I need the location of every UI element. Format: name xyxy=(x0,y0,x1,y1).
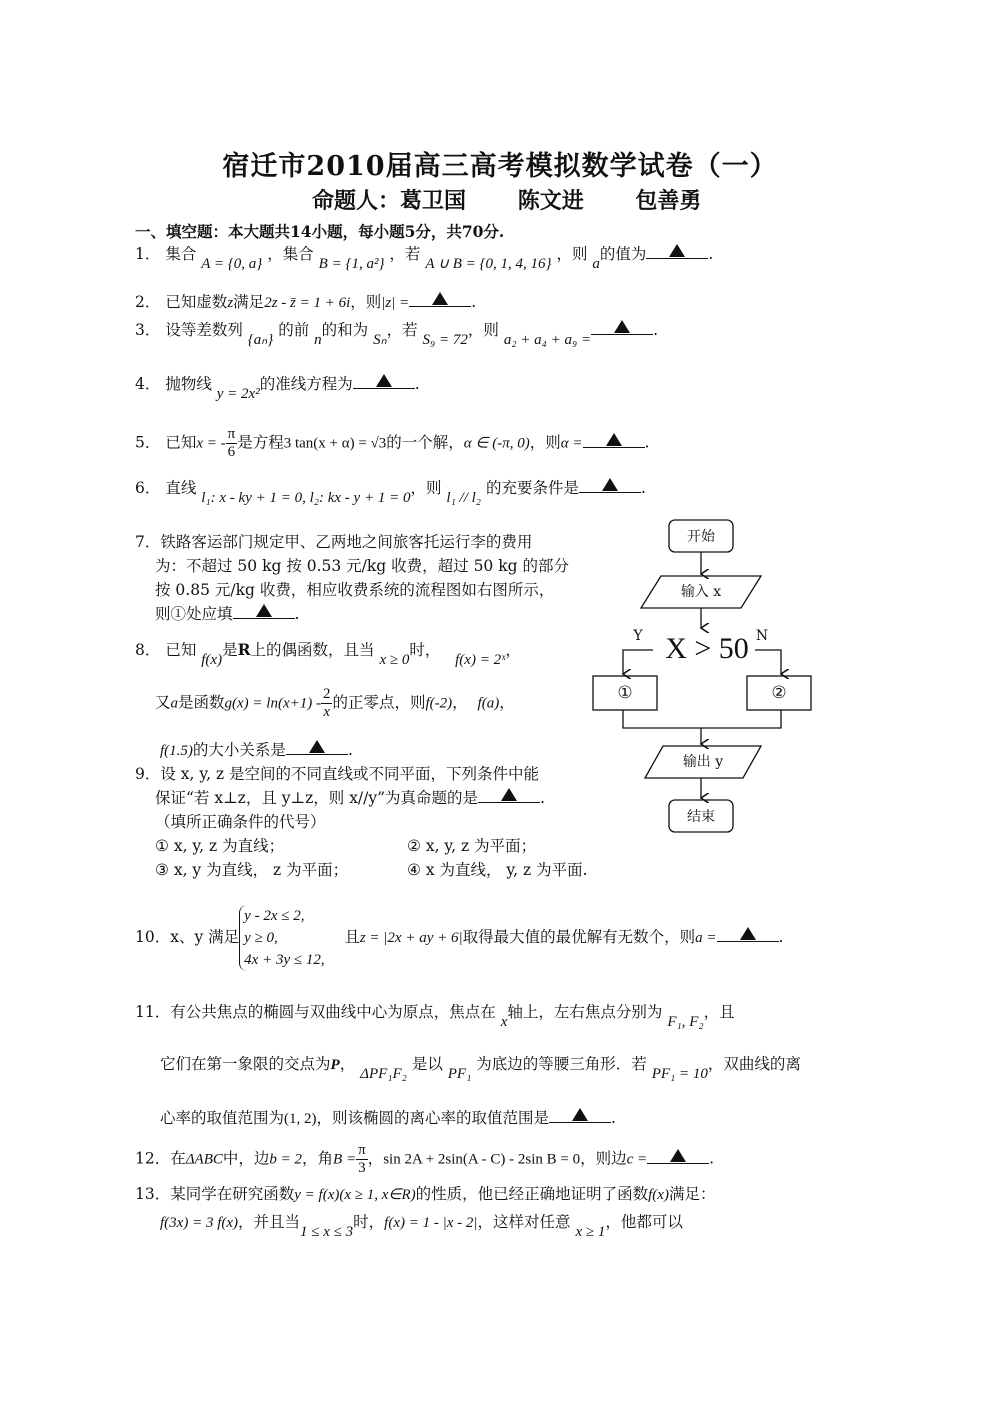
math-expr: |z| = xyxy=(381,295,409,311)
denominator: x xyxy=(321,704,333,721)
text: ，若 xyxy=(387,321,418,339)
q7-line-1: 7．铁路客运部门规定甲、乙两地之间旅客托运行李的费用 xyxy=(135,530,569,554)
text: ，则 xyxy=(350,293,381,311)
author-1: 命题人：葛卫国 xyxy=(312,188,466,214)
flow-box-1: ① xyxy=(593,683,657,703)
question-8: 8． 已知 f(x)是R上的偶函数，且当 x ≥ 0时， f(x) = 2ˣ， xyxy=(135,640,521,661)
math-expr: 3 tan(x + α) = √3 xyxy=(284,436,387,452)
text: . xyxy=(471,293,476,311)
question-1: 1． 集合 A = {0, a} ，集合 B = {1, a²} ，若 A ∪ … xyxy=(135,242,713,265)
question-10: 10．x、y 满足y - 2x ≤ 2,y ≥ 0,4x + 3y ≤ 12, … xyxy=(135,905,783,971)
question-number: 10． xyxy=(135,928,170,946)
text: 直线 xyxy=(165,479,196,497)
text: 的和为 xyxy=(322,321,369,339)
text: ，并且当 xyxy=(238,1213,300,1231)
flow-start-node: 开始 xyxy=(669,526,733,546)
text: ，则 xyxy=(530,434,561,452)
math-expr: x xyxy=(501,1014,508,1030)
text: x、y 满足 xyxy=(170,928,239,946)
math-expr: x ≥ 0 xyxy=(379,652,409,668)
text: ，集合 xyxy=(267,245,314,263)
text: ， xyxy=(505,641,521,659)
math-expr: B = xyxy=(333,1152,356,1168)
text: 的值为 xyxy=(600,245,647,263)
text: ，则该椭圆的离心率的取值范围是 xyxy=(317,1109,550,1127)
math-expr: f(3x) = 3 f(x) xyxy=(160,1215,238,1231)
triangle-marker-icon xyxy=(614,320,630,333)
text: 在 xyxy=(170,1150,186,1168)
text: ，他都可以 xyxy=(605,1213,683,1231)
math-expr: 1 ≤ x ≤ 3 xyxy=(300,1224,353,1240)
math-expr: (1, 2) xyxy=(284,1111,317,1127)
authors-line: 命题人：葛卫国 陈文进 包善勇 xyxy=(312,184,745,215)
numerator: π xyxy=(356,1142,368,1160)
answer-blank xyxy=(583,431,645,448)
math-expr: f(x) xyxy=(648,1187,669,1203)
q9-line-1: 9．设 x, y, z 是空间的不同直线或不同平面，下列条件中能 xyxy=(135,762,588,786)
q7-line-4: 则①处应填. xyxy=(135,602,569,626)
text: 是函数 xyxy=(178,694,225,712)
flow-yes-label: Y xyxy=(631,628,645,644)
math-expr: f(x) = 1 - |x - 2| xyxy=(384,1215,477,1231)
text: 的大小关系是 xyxy=(193,741,286,759)
option-1: ① x, y, z 为直线； xyxy=(155,834,407,858)
question-13-line-2: f(3x) = 3 f(x)，并且当1 ≤ x ≤ 3时，f(x) = 1 - … xyxy=(160,1212,683,1233)
text: ，则边 xyxy=(580,1150,627,1168)
text: ，双曲线的离 xyxy=(708,1055,801,1073)
flowchart: 开始 输入 x X > 50 Y N ① ② 输出 y 结束 xyxy=(585,510,845,840)
triangle-marker-icon xyxy=(606,433,622,446)
text: 的正零点，则 xyxy=(332,694,425,712)
text: 的一个解， xyxy=(386,434,464,452)
math-expr: f(x) xyxy=(201,652,222,668)
question-number: 1． xyxy=(135,245,160,263)
text: 时， xyxy=(353,1213,384,1231)
math-expr: n xyxy=(314,332,322,348)
triangle-marker-icon xyxy=(501,788,517,801)
author-3: 包善勇 xyxy=(635,188,701,214)
question-8-line-2: 又a是函数g(x) = ln(x+1) -2x的正零点，则f(-2)， f(a)… xyxy=(155,686,515,721)
text: 取得最大值的最优解有无数个，则 xyxy=(463,928,696,946)
math-expr: f(x) = 2ˣ xyxy=(455,652,505,668)
text: 的性质，他已经正确地证明了函数 xyxy=(416,1185,649,1203)
answer-blank xyxy=(286,738,348,755)
author-2: 陈文进 xyxy=(518,188,584,214)
text: 铁路客运部门规定甲、乙两地之间旅客托运行李的费用 xyxy=(160,533,532,551)
text: ，则 xyxy=(410,479,441,497)
question-13: 13．某同学在研究函数y = f(x)(x ≥ 1, x∈R)的性质，他已经正确… xyxy=(135,1184,715,1205)
text: 已知虚数 xyxy=(165,293,227,311)
text: ，则 xyxy=(556,245,587,263)
text: 已知 xyxy=(165,434,196,452)
constraint-2: y ≥ 0, xyxy=(244,927,324,949)
triangle-marker-icon xyxy=(602,478,618,491)
question-number: 11． xyxy=(135,1003,170,1021)
triangle-marker-icon xyxy=(432,292,448,305)
question-12: 12．在ΔABC中，边b = 2，角B =π3，sin 2A + 2sin(A … xyxy=(135,1142,714,1177)
math-expr: f(a) xyxy=(478,696,500,712)
math-expr: y = f(x)(x ≥ 1, x∈R) xyxy=(294,1187,415,1203)
flow-box-2: ② xyxy=(747,683,811,703)
math-expr: g(x) = ln(x+1) - xyxy=(225,696,321,712)
question-6: 6． 直线 l₁: x - ky + 1 = 0, l₂: kx - y + 1… xyxy=(135,476,646,499)
text: ， xyxy=(499,694,515,712)
flow-condition-node: X > 50 xyxy=(657,632,757,666)
math-expr: f(1.5) xyxy=(160,743,193,759)
answer-blank xyxy=(647,1147,709,1164)
constraint-3: 4x + 3y ≤ 12, xyxy=(244,949,324,971)
text: 是以 xyxy=(412,1055,443,1073)
triangle-marker-icon xyxy=(309,740,325,753)
text: 的前 xyxy=(278,321,309,339)
text: 满足： xyxy=(669,1185,716,1203)
exam-title: 宿迁市2010届高三高考模拟数学试卷（一） xyxy=(0,144,1000,183)
text: 的充要条件是 xyxy=(486,479,579,497)
answer-blank xyxy=(409,290,471,307)
flow-no-label: N xyxy=(755,628,769,644)
text: 中，边 xyxy=(223,1150,270,1168)
question-number: 12． xyxy=(135,1150,170,1168)
question-11-line-3: 心率的取值范围为(1, 2)，则该椭圆的离心率的取值范围是. xyxy=(160,1106,616,1129)
math-expr: x = - xyxy=(196,436,225,452)
text: 集合 xyxy=(165,245,196,263)
text: 它们在第一象限的交点为 xyxy=(160,1055,331,1073)
triangle-marker-icon xyxy=(376,374,392,387)
math-expr: 2z - z̄ = 1 + 6i xyxy=(264,295,350,311)
math-expr: ΔABC xyxy=(186,1152,223,1168)
text: 又 xyxy=(155,694,171,712)
math-expr: P xyxy=(331,1057,340,1073)
denominator: 6 xyxy=(226,444,238,461)
option-2: ② x, y, z 为平面； xyxy=(407,837,536,855)
math-expr: f(-2) xyxy=(426,696,453,712)
math-expr: S₉ = 72 xyxy=(423,332,468,348)
math-expr: PF₁ = 10 xyxy=(652,1066,708,1082)
text: ，角 xyxy=(302,1150,333,1168)
triangle-marker-icon xyxy=(669,244,685,257)
q9-options-row-1: ① x, y, z 为直线；② x, y, z 为平面； xyxy=(135,834,588,858)
numerator: π xyxy=(226,426,238,444)
text: ， xyxy=(340,1055,356,1073)
math-expr: a xyxy=(592,256,600,272)
text: ，则 xyxy=(468,321,499,339)
reals-symbol: R xyxy=(238,640,251,659)
text: 且 xyxy=(344,928,360,946)
text: ， xyxy=(368,1150,384,1168)
math-expr: F₁, F₂ xyxy=(667,1014,703,1030)
math-expr: α ∈ (-π, 0) xyxy=(464,436,530,452)
flowchart-lines xyxy=(585,510,845,840)
q9-line-2: 保证“若 x⊥z，且 y⊥z，则 x//y”为真命题的是. xyxy=(135,786,588,810)
answer-blank xyxy=(646,242,708,259)
option-4: ④ x 为直线， y, z 为平面. xyxy=(407,861,588,879)
text: 抛物线 xyxy=(165,375,212,393)
math-expr: {aₙ} xyxy=(248,332,273,348)
math-expr: b = 2 xyxy=(269,1152,302,1168)
math-expr: ΔPF₁F₂ xyxy=(360,1066,407,1082)
question-3: 3． 设等差数列 {aₙ} 的前 n的和为 Sₙ，若 S₉ = 72，则 a₂ … xyxy=(135,318,658,341)
text: 为底边的等腰三角形．若 xyxy=(476,1055,647,1073)
math-expr: A = {0, a} xyxy=(201,256,262,272)
option-3: ③ x, y 为直线， z 为平面； xyxy=(155,858,407,882)
math-expr: B = {1, a²} xyxy=(319,256,385,272)
math-expr: y = 2x² xyxy=(217,386,260,402)
denominator: 3 xyxy=(356,1160,368,1177)
text: 上的偶函数，且当 xyxy=(251,641,375,659)
fraction-pi-over-6: π6 xyxy=(226,426,238,461)
q7-line-2: 为：不超过 50 kg 按 0.53 元/kg 收费，超过 50 kg 的部分 xyxy=(135,554,569,578)
text: 有公共焦点的椭圆与双曲线中心为原点，焦点在 xyxy=(170,1003,496,1021)
q7-line-3: 按 0.85 元/kg 收费，相应收费系统的流程图如右图所示， xyxy=(135,578,569,602)
text: ，这样对任意 xyxy=(478,1213,571,1231)
answer-blank xyxy=(591,318,653,335)
text: 设 x, y, z 是空间的不同直线或不同平面，下列条件中能 xyxy=(160,765,539,783)
fraction-2-over-x: 2x xyxy=(321,686,333,721)
question-number: 13． xyxy=(135,1185,170,1203)
text: 满足 xyxy=(233,293,264,311)
constraint-1: y - 2x ≤ 2, xyxy=(244,905,324,927)
question-7: 7．铁路客运部门规定甲、乙两地之间旅客托运行李的费用 为：不超过 50 kg 按… xyxy=(135,530,569,626)
math-expr: A ∪ B = {0, 1, 4, 16} xyxy=(425,256,551,272)
triangle-marker-icon xyxy=(572,1108,588,1121)
answer-blank xyxy=(549,1106,611,1123)
flow-output-node: 输出 y xyxy=(649,751,757,771)
constraint-system: y - 2x ≤ 2,y ≥ 0,4x + 3y ≤ 12, xyxy=(239,905,324,971)
text: 心率的取值范围为 xyxy=(160,1109,284,1127)
text: 的准线方程为 xyxy=(260,375,353,393)
text: 是方程 xyxy=(237,434,284,452)
question-number: 6． xyxy=(135,479,160,497)
question-9: 9．设 x, y, z 是空间的不同直线或不同平面，下列条件中能 保证“若 x⊥… xyxy=(135,762,588,882)
math-expr: l₁ // l₂ xyxy=(446,490,481,506)
question-number: 7． xyxy=(135,533,160,551)
fraction-pi-over-3: π3 xyxy=(356,1142,368,1177)
text: 已知 xyxy=(165,641,196,659)
question-number: 9． xyxy=(135,765,160,783)
text: ，且 xyxy=(704,1003,735,1021)
math-expr: x ≥ 1 xyxy=(575,1224,605,1240)
text: 则①处应填 xyxy=(155,605,233,623)
text: 某同学在研究函数 xyxy=(170,1185,294,1203)
question-4: 4． 抛物线 y = 2x²的准线方程为. xyxy=(135,372,420,395)
answer-blank xyxy=(717,925,779,942)
math-expr: PF₁ xyxy=(448,1066,472,1082)
math-expr: z = |2x + ay + 6| xyxy=(360,930,463,946)
flow-input-node: 输入 x xyxy=(645,581,757,601)
question-number: 4． xyxy=(135,375,160,393)
question-number: 3． xyxy=(135,321,160,339)
answer-blank xyxy=(579,476,641,493)
question-11: 11．有公共焦点的椭圆与双曲线中心为原点，焦点在 x轴上，左右焦点分别为 F₁,… xyxy=(135,1002,735,1023)
math-expr: sin 2A + 2sin(A - C) - 2sin B = 0 xyxy=(383,1152,580,1168)
triangle-marker-icon xyxy=(740,927,756,940)
answer-blank xyxy=(233,602,295,619)
question-number: 2． xyxy=(135,293,160,311)
math-expr: c = xyxy=(627,1152,648,1168)
text: 保证“若 x⊥z，且 y⊥z，则 x//y”为真命题的是 xyxy=(155,789,478,807)
q9-options-row-2: ③ x, y 为直线， z 为平面；④ x 为直线， y, z 为平面. xyxy=(135,858,588,882)
triangle-marker-icon xyxy=(670,1149,686,1162)
text: ，若 xyxy=(389,245,420,263)
text: 设等差数列 xyxy=(165,321,243,339)
numerator: 2 xyxy=(321,686,333,704)
text: ， xyxy=(452,694,468,712)
question-number: 8． xyxy=(135,641,160,659)
text: 时， xyxy=(409,641,440,659)
math-expr: l₁: x - ky + 1 = 0, l₂: kx - y + 1 = 0 xyxy=(201,490,410,506)
question-number: 5． xyxy=(135,434,160,452)
triangle-marker-icon xyxy=(256,604,272,617)
question-11-line-2: 它们在第一象限的交点为P， ΔPF₁F₂ 是以 PF₁ 为底边的等腰三角形．若 … xyxy=(160,1054,801,1075)
math-expr: a₂ + a₄ + a₉ = xyxy=(504,332,591,348)
answer-blank xyxy=(353,372,415,389)
text: 轴上，左右焦点分别为 xyxy=(507,1003,662,1021)
question-5: 5． 已知x = -π6是方程3 tan(x + α) = √3的一个解，α ∈… xyxy=(135,426,649,461)
text: 是 xyxy=(222,641,238,659)
math-expr: a = xyxy=(695,930,716,946)
section-heading: 一、填空题：本大题共14小题，每小题5分，共70分. xyxy=(135,220,504,242)
q9-hint: （填所正确条件的代号） xyxy=(135,810,588,834)
math-expr: α = xyxy=(561,436,583,452)
question-2: 2． 已知虚数z满足2z - z̄ = 1 + 6i，则|z| =. xyxy=(135,290,476,313)
question-8-line-3: f(1.5)的大小关系是. xyxy=(160,738,353,761)
flow-end-node: 结束 xyxy=(669,806,733,826)
answer-blank xyxy=(478,786,540,803)
math-expr: Sₙ xyxy=(373,332,386,348)
math-expr: a xyxy=(171,696,179,712)
